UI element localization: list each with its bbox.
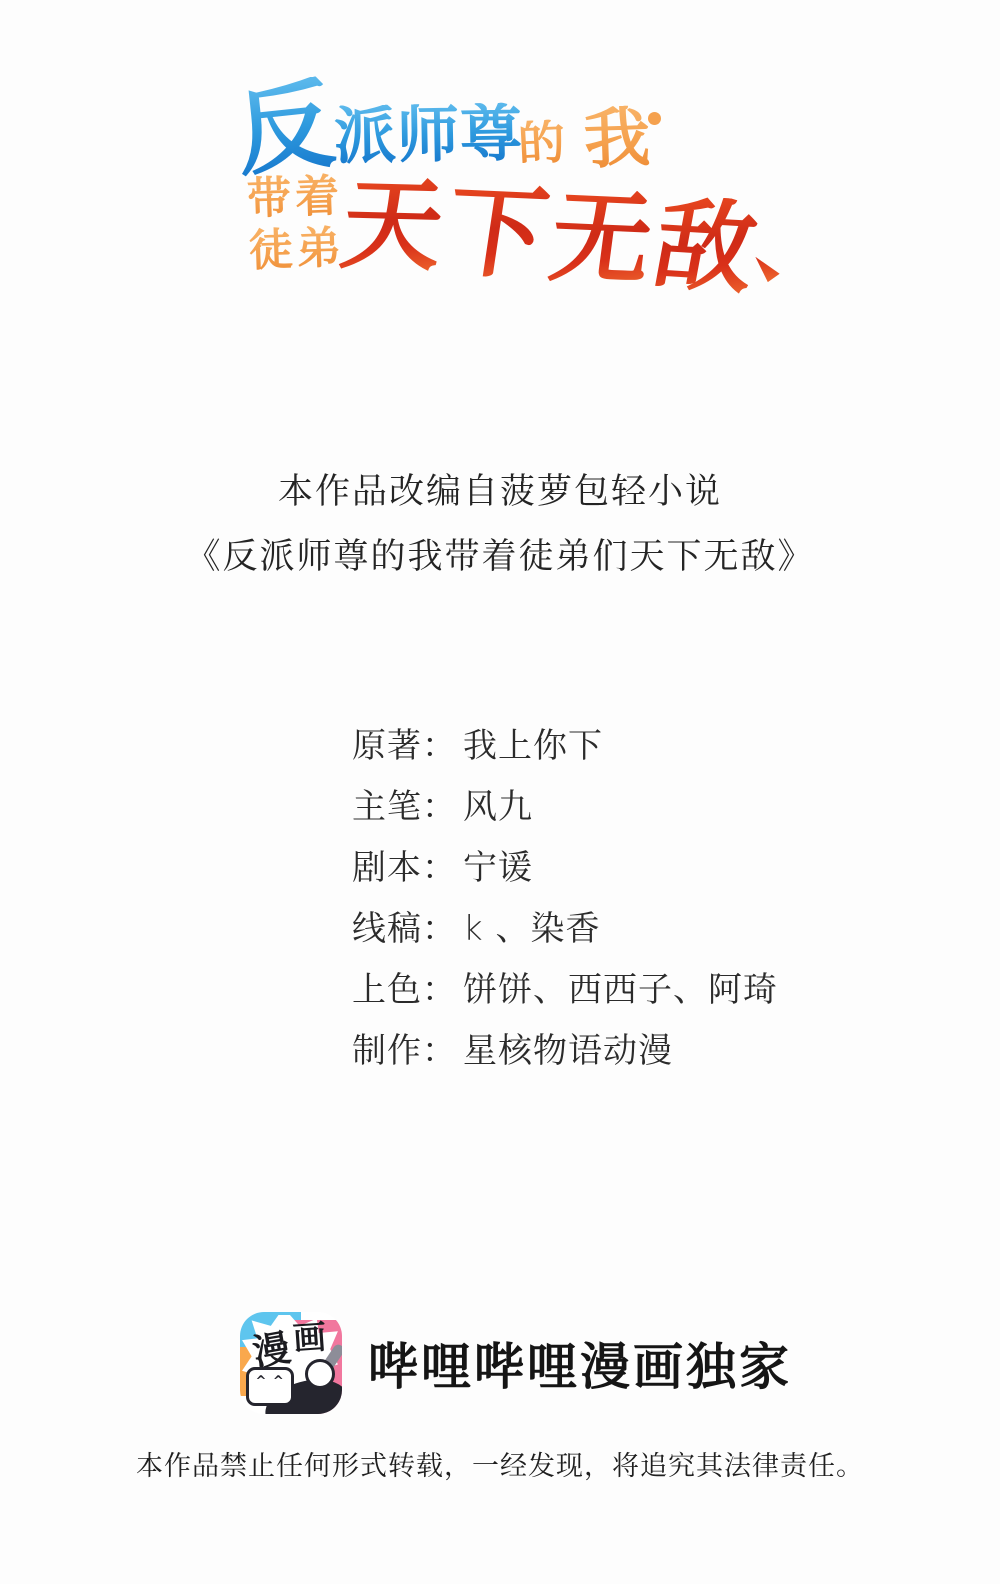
credit-colon: ： xyxy=(422,1023,457,1072)
title-char-di: 敌 xyxy=(646,194,764,300)
adaptation-note-line1: 本作品改编自菠萝包轻小说 xyxy=(0,460,1000,525)
credit-names: 我上你下 xyxy=(463,718,603,767)
credit-names: 风九 xyxy=(463,779,533,828)
hand-icon xyxy=(305,1359,335,1389)
title-text-paishizun: 派师尊 xyxy=(333,102,523,167)
title-char-wo: 我 xyxy=(583,105,651,173)
credit-colon: ： xyxy=(422,718,457,767)
credit-row-lineart: 线稿：k 、染香 xyxy=(352,895,778,956)
series-title-logo: 反 派师尊 的 我 带着 徒弟 天 下 无 敌 xyxy=(0,0,1000,330)
tv-face-icon xyxy=(246,1367,294,1406)
title-text-tianxiawudi: 天 下 无 敌 xyxy=(341,175,759,286)
credit-colon: ： xyxy=(422,901,457,950)
title-char-wu: 无 xyxy=(545,187,658,291)
credit-colon: ： xyxy=(422,840,457,889)
credit-names: 饼饼、西西子、阿琦 xyxy=(463,962,778,1011)
title-char-fan: 反 xyxy=(231,75,339,183)
adaptation-note: 本作品改编自菠萝包轻小说 《反派师尊的我带着徒弟们天下无敌》 xyxy=(0,460,1000,590)
credits-list: 原著：我上你下 主笔：风九 剧本：宁谖 线稿：k 、染香 上色：饼饼、西西子、阿… xyxy=(352,712,778,1078)
logo-char-hua: 画 xyxy=(292,1320,327,1355)
credit-role: 上色 xyxy=(352,962,422,1011)
disclaimer-text: 本作品禁止任何形式转载，一经发现，将追究其法律责任。 xyxy=(0,1444,1000,1483)
comic-credits-page: 反 派师尊 的 我 带着 徒弟 天 下 无 敌 本作品改编自菠萝包轻小说 《反派… xyxy=(0,0,1000,1584)
credit-row-production: 制作：星核物语动漫 xyxy=(352,1017,778,1078)
credit-row-script: 剧本：宁谖 xyxy=(352,834,778,895)
logo-accent-tail xyxy=(753,257,781,284)
title-stack-daizhe-tudi: 带着 徒弟 xyxy=(246,170,350,277)
credit-role: 制作 xyxy=(352,1023,422,1072)
credit-row-lead-artist: 主笔：风九 xyxy=(352,773,778,834)
credit-row-original-author: 原著：我上你下 xyxy=(352,712,778,773)
title-char-xia: 下 xyxy=(439,182,554,286)
bilibili-manga-logo-icon: 漫 画 xyxy=(240,1312,342,1414)
title-char-tian: 天 xyxy=(336,175,447,277)
title-char-de: 的 xyxy=(517,119,566,168)
credit-row-coloring: 上色：饼饼、西西子、阿琦 xyxy=(352,956,778,1017)
credit-colon: ： xyxy=(422,779,457,828)
credit-role: 主笔 xyxy=(352,779,422,828)
title-text-tudi: 徒弟 xyxy=(248,222,350,277)
credit-role: 线稿 xyxy=(352,901,422,950)
logo-char-man: 漫 xyxy=(250,1329,293,1372)
logo-accent-dot xyxy=(648,112,661,125)
publisher-strip: 漫 画 哔哩哔哩漫画独家 xyxy=(240,1312,792,1414)
credit-role: 剧本 xyxy=(352,840,422,889)
adaptation-note-line2: 《反派师尊的我带着徒弟们天下无敌》 xyxy=(0,525,1000,590)
credit-names: k 、染香 xyxy=(463,901,601,950)
exclusive-banner-text: 哔哩哔哩漫画独家 xyxy=(368,1327,792,1399)
title-text-daizhe: 带着 xyxy=(246,170,348,225)
credit-names: 宁谖 xyxy=(463,840,533,889)
credit-names: 星核物语动漫 xyxy=(463,1023,673,1072)
credit-role: 原著 xyxy=(352,718,422,767)
credit-colon: ： xyxy=(422,962,457,1011)
